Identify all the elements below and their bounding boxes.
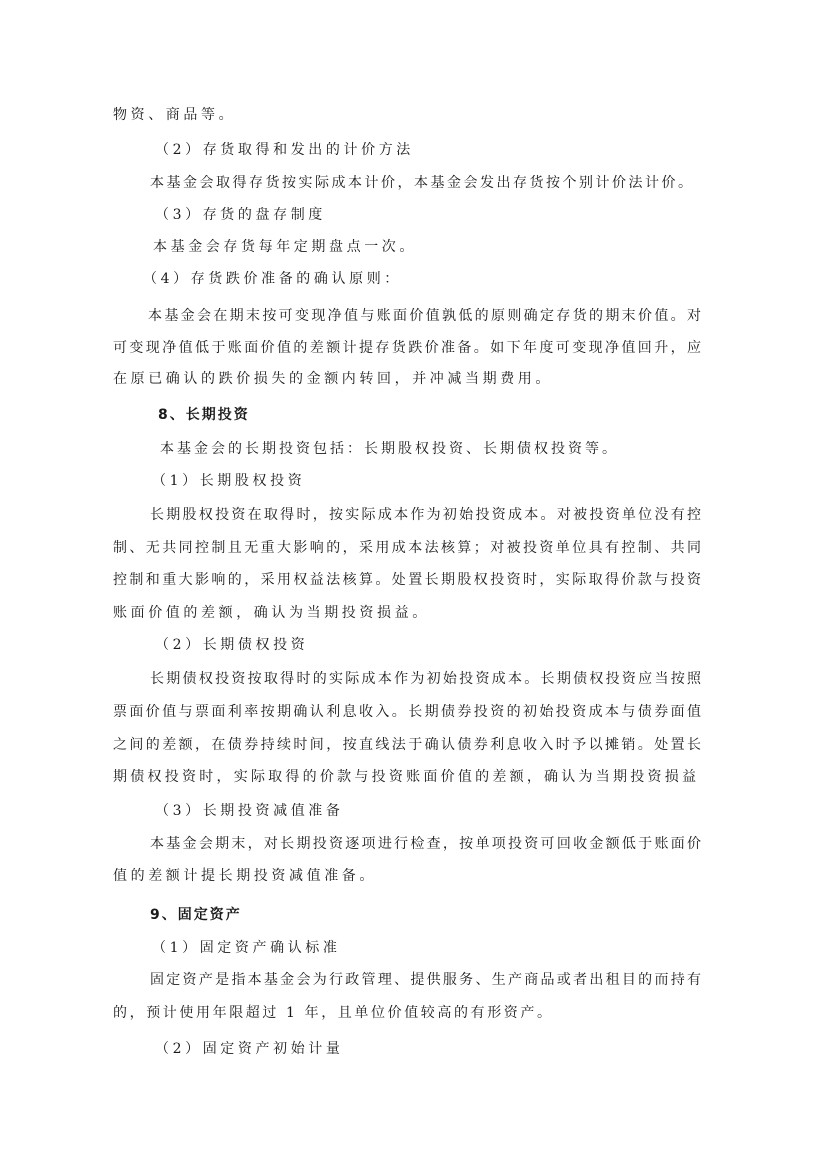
text-line: 的，预计使用年限超过 1 年，且单位价值较高的有形资产。: [113, 1004, 701, 1022]
text-line: 期债权投资时，实际取得的价款与投资账面价值的差额，确认为当期投资损益: [113, 768, 696, 786]
text-line: 账面价值的差额，确认为当期投资损益。: [113, 604, 701, 622]
text-line: 本基金会存货每年定期盘点一次。: [153, 238, 741, 256]
section-heading-long-term-investment: 8、长期投资: [158, 406, 746, 424]
subheading-inventory-impairment: （4）存货跌价准备的确认原则：: [143, 270, 731, 288]
text-line: 物资、商品等。: [113, 106, 701, 124]
text-line: 可变现净值低于账面价值的差额计提存货跌价准备。如下年度可变现净值回升，应: [113, 339, 701, 357]
subheading-long-term-debt: （2）长期债权投资: [155, 636, 743, 654]
subheading-fixed-asset-initial-measurement: （2）固定资产初始计量: [155, 1040, 743, 1058]
subheading-fixed-asset-recognition: （1）固定资产确认标准: [152, 939, 740, 957]
text-line: 制、无共同控制且无重大影响的，采用成本法核算；对被投资单位具有控制、共同: [113, 539, 701, 557]
text-line: 长期债权投资按取得时的实际成本作为初始投资成本。长期债权投资应当按照: [150, 670, 701, 688]
text-line: 长期股权投资在取得时，按实际成本作为初始投资成本。对被投资单位没有控: [150, 506, 701, 524]
text-line: 本基金会取得存货按实际成本计价，本基金会发出存货按个别计价法计价。: [150, 174, 738, 192]
subheading-long-term-equity: （1）长期股权投资: [152, 472, 740, 490]
subheading-inventory-count: （3）存货的盘存制度: [155, 206, 743, 224]
section-heading-fixed-assets: 9、固定资产: [150, 906, 738, 924]
text-line: 控制和重大影响的，采用权益法核算。处置长期股权投资时，实际取得价款与投资: [113, 571, 701, 589]
text-line: 在原已确认的跌价损失的金额内转回，并冲减当期费用。: [113, 370, 701, 388]
document-page: 物资、商品等。 （2）存货取得和发出的计价方法 本基金会取得存货按实际成本计价，…: [0, 0, 826, 1169]
text-line: 本基金会在期末按可变现净值与账面价值孰低的原则确定存货的期末价值。对: [148, 307, 701, 325]
text-line: 之间的差额，在债券持续时间，按直线法于确认债券利息收入时予以摊销。处置长: [113, 736, 701, 754]
text-line: 本基金会的长期投资包括：长期股权投资、长期债权投资等。: [160, 440, 748, 458]
text-line: 本基金会期末，对长期投资逐项进行检查，按单项投资可回收金额低于账面价: [150, 835, 701, 853]
subheading-investment-impairment: （3）长期投资减值准备: [155, 802, 743, 820]
subheading-inventory-valuation: （2）存货取得和发出的计价方法: [155, 141, 743, 159]
text-line: 值的差额计提长期投资减值准备。: [113, 867, 701, 885]
text-line: 固定资产是指本基金会为行政管理、提供服务、生产商品或者出租目的而持有: [150, 971, 701, 989]
text-line: 票面价值与票面利率按期确认利息收入。长期债券投资的初始投资成本与债券面值: [113, 703, 701, 721]
